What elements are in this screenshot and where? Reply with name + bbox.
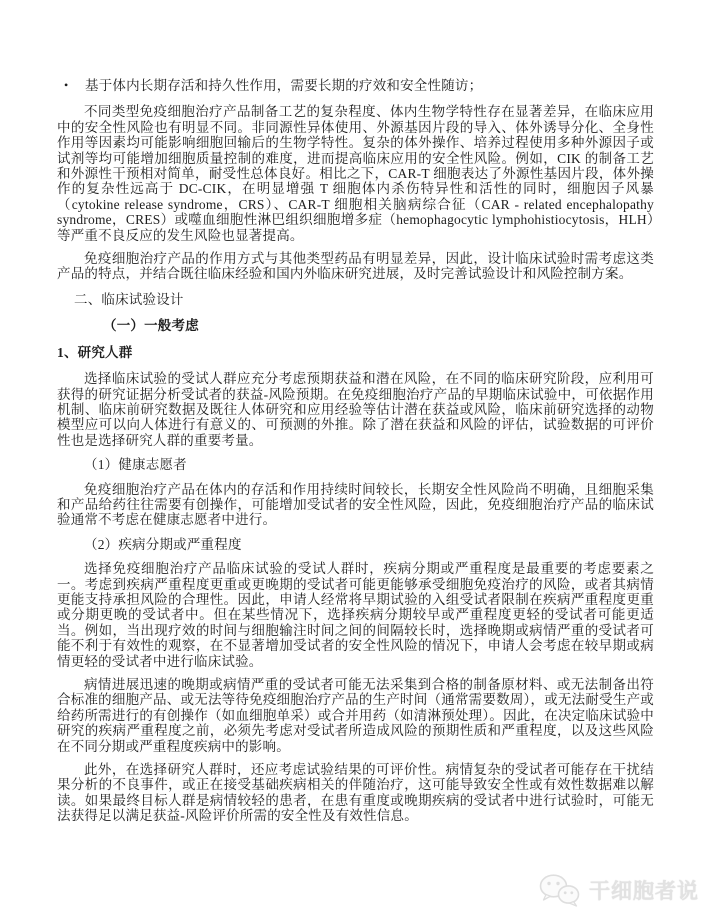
document-page-background: { "doc": { "bullet": { "marker": "•", "t… — [0, 0, 710, 920]
bullet-text: 基于体内长期存活和持久性作用，需要长期的疗效和安全性随访； — [85, 78, 482, 93]
paragraph-advanced-patients-risks: 病情进展迅速的晚期或病情严重的受试者可能无法采集到合格的制备原材料、或无法制备出… — [57, 677, 654, 754]
paragraph-population-selection: 选择临床试验的受试人群应充分考虑预期获益和潜在风险，在不同的临床研究阶段，应利用… — [57, 371, 654, 448]
bullet-item-followup: • 基于体内长期存活和持久性作用，需要长期的疗效和安全性随访； — [57, 78, 654, 93]
subheading-healthy-volunteers: （1）健康志愿者 — [57, 457, 654, 472]
bullet-icon: • — [64, 78, 68, 93]
paragraph-healthy-volunteers: 免疫细胞治疗产品在体内的存活和作用持续时间较长，长期安全性风险尚不明确，且细胞采… — [57, 482, 654, 528]
watermark: 干细胞者说 — [538, 873, 699, 907]
document-content: • 基于体内长期存活和持久性作用，需要长期的疗效和安全性随访； 不同类型免疫细胞… — [57, 78, 654, 832]
watermark-label: 干细胞者说 — [589, 875, 699, 905]
paragraph-disease-stage-selection: 选择免疫细胞治疗产品临床试验的受试人群时，疾病分期或严重程度是最重要的考虑要素之… — [57, 561, 654, 669]
heading-general-considerations: （一）一般考虑 — [57, 318, 654, 333]
paragraph-product-differences: 不同类型免疫细胞治疗产品制备工艺的复杂程度、体内生物学特性存在显著差异，在临床应… — [57, 104, 654, 243]
subheading-disease-stage-severity: （2）疾病分期或严重程度 — [57, 537, 654, 552]
wechat-icon — [538, 873, 580, 907]
heading-study-population: 1、研究人群 — [57, 345, 654, 360]
paragraph-trial-design-intro: 免疫细胞治疗产品的作用方式与其他类型药品有明显差异，因此，设计临床试验时需考虑这… — [57, 251, 654, 282]
paragraph-evaluability: 此外，在选择研究人群时，还应考虑试验结果的可评价性。病情复杂的受试者可能存在干扰… — [57, 762, 654, 824]
heading-clinical-trial-design: 二、临床试验设计 — [57, 292, 654, 307]
